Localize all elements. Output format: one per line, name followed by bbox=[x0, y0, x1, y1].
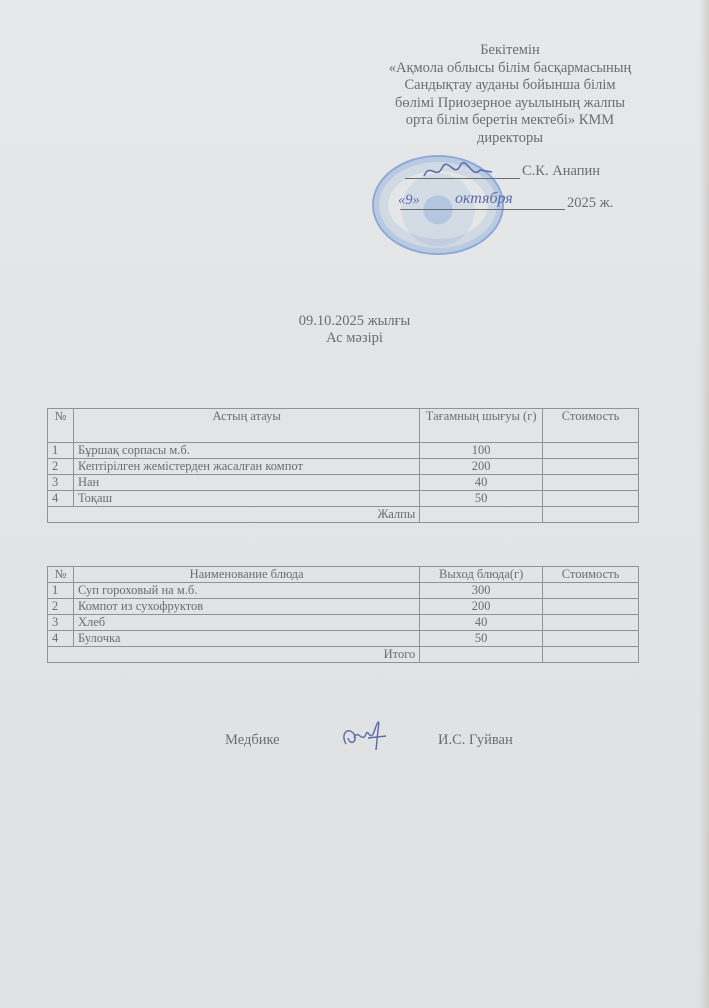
header-dish-name: Астың атауы bbox=[73, 409, 419, 443]
director-signature bbox=[420, 160, 500, 182]
date-year: 2025 ж. bbox=[567, 195, 613, 212]
approval-line: «Ақмола облысы білім басқармасының bbox=[345, 60, 675, 78]
table-row: 4 Тоқаш 50 bbox=[48, 491, 639, 507]
approval-line: директоры bbox=[345, 130, 675, 148]
row-number: 1 bbox=[48, 443, 74, 459]
table-total-row: Жалпы bbox=[48, 507, 639, 523]
row-cost bbox=[543, 491, 639, 507]
header-cost: Стоимость bbox=[543, 567, 639, 583]
table-row: 1 Суп гороховый на м.б. 300 bbox=[48, 583, 639, 599]
table-row: 3 Нан 40 bbox=[48, 475, 639, 491]
table-header-row: № Астың атауы Тағамның шығуы (г) Стоимос… bbox=[48, 409, 639, 443]
header-number: № bbox=[48, 409, 74, 443]
row-cost bbox=[543, 475, 639, 491]
row-yield: 300 bbox=[420, 583, 543, 599]
menu-date: 09.10.2025 жылғы bbox=[0, 313, 709, 330]
row-yield: 200 bbox=[420, 459, 543, 475]
row-yield: 100 bbox=[420, 443, 543, 459]
table-header-row: № Наименование блюда Выход блюда(г) Стои… bbox=[48, 567, 639, 583]
row-number: 1 bbox=[48, 583, 74, 599]
table-row: 3 Хлеб 40 bbox=[48, 615, 639, 631]
row-cost bbox=[543, 443, 639, 459]
table-row: 1 Бұршақ сорпасы м.б. 100 bbox=[48, 443, 639, 459]
row-dish-name: Кептірілген жемістерден жасалған компот bbox=[73, 459, 419, 475]
row-dish-name: Бұршақ сорпасы м.б. bbox=[73, 443, 419, 459]
table-row: 4 Булочка 50 bbox=[48, 631, 639, 647]
row-number: 3 bbox=[48, 615, 74, 631]
row-dish-name: Булочка bbox=[73, 631, 419, 647]
total-label: Жалпы bbox=[48, 507, 420, 523]
row-cost bbox=[543, 583, 639, 599]
date-day: «9» bbox=[398, 192, 420, 209]
total-label: Итого bbox=[48, 647, 420, 663]
menu-table-kazakh: № Астың атауы Тағамның шығуы (г) Стоимос… bbox=[47, 408, 639, 523]
date-line bbox=[400, 209, 565, 210]
approval-heading: Бекітемін bbox=[345, 42, 675, 60]
row-dish-name: Тоқаш bbox=[73, 491, 419, 507]
director-name: С.К. Анапин bbox=[522, 163, 600, 180]
nurse-role: Медбике bbox=[225, 732, 280, 749]
header-dish-name: Наименование блюда bbox=[73, 567, 419, 583]
menu-title: 09.10.2025 жылғы Ас мәзірі bbox=[0, 313, 709, 347]
page-edge-shadow bbox=[699, 0, 709, 1008]
row-dish-name: Суп гороховый на м.б. bbox=[73, 583, 419, 599]
row-dish-name: Хлеб bbox=[73, 615, 419, 631]
header-cost: Стоимость bbox=[543, 409, 639, 443]
table-row: 2 Компот из сухофруктов 200 bbox=[48, 599, 639, 615]
nurse-signature bbox=[338, 716, 388, 756]
date-month: октября bbox=[455, 190, 513, 208]
row-yield: 50 bbox=[420, 491, 543, 507]
row-cost bbox=[543, 615, 639, 631]
header-yield: Тағамның шығуы (г) bbox=[420, 409, 543, 443]
header-yield: Выход блюда(г) bbox=[420, 567, 543, 583]
menu-subtitle: Ас мәзірі bbox=[0, 330, 709, 347]
header-number: № bbox=[48, 567, 74, 583]
menu-table-russian: № Наименование блюда Выход блюда(г) Стои… bbox=[47, 566, 639, 663]
row-yield: 200 bbox=[420, 599, 543, 615]
row-number: 2 bbox=[48, 459, 74, 475]
row-dish-name: Нан bbox=[73, 475, 419, 491]
row-number: 4 bbox=[48, 491, 74, 507]
table-row: 2 Кептірілген жемістерден жасалған компо… bbox=[48, 459, 639, 475]
row-cost bbox=[543, 631, 639, 647]
row-yield: 40 bbox=[420, 615, 543, 631]
row-yield: 50 bbox=[420, 631, 543, 647]
approval-line: бөлімі Приозерное ауылының жалпы bbox=[345, 95, 675, 113]
row-dish-name: Компот из сухофруктов bbox=[73, 599, 419, 615]
row-yield: 40 bbox=[420, 475, 543, 491]
table-total-row: Итого bbox=[48, 647, 639, 663]
total-cost bbox=[543, 647, 639, 663]
nurse-name: И.С. Гуйван bbox=[438, 732, 513, 749]
row-cost bbox=[543, 599, 639, 615]
total-yield bbox=[420, 507, 543, 523]
total-yield bbox=[420, 647, 543, 663]
row-number: 2 bbox=[48, 599, 74, 615]
row-number: 3 bbox=[48, 475, 74, 491]
approval-block: Бекітемін «Ақмола облысы білім басқармас… bbox=[345, 42, 675, 147]
total-cost bbox=[543, 507, 639, 523]
approval-line: Сандықтау ауданы бойынша білім bbox=[345, 77, 675, 95]
row-number: 4 bbox=[48, 631, 74, 647]
row-cost bbox=[543, 459, 639, 475]
approval-line: орта білім беретін мектебі» КММ bbox=[345, 112, 675, 130]
